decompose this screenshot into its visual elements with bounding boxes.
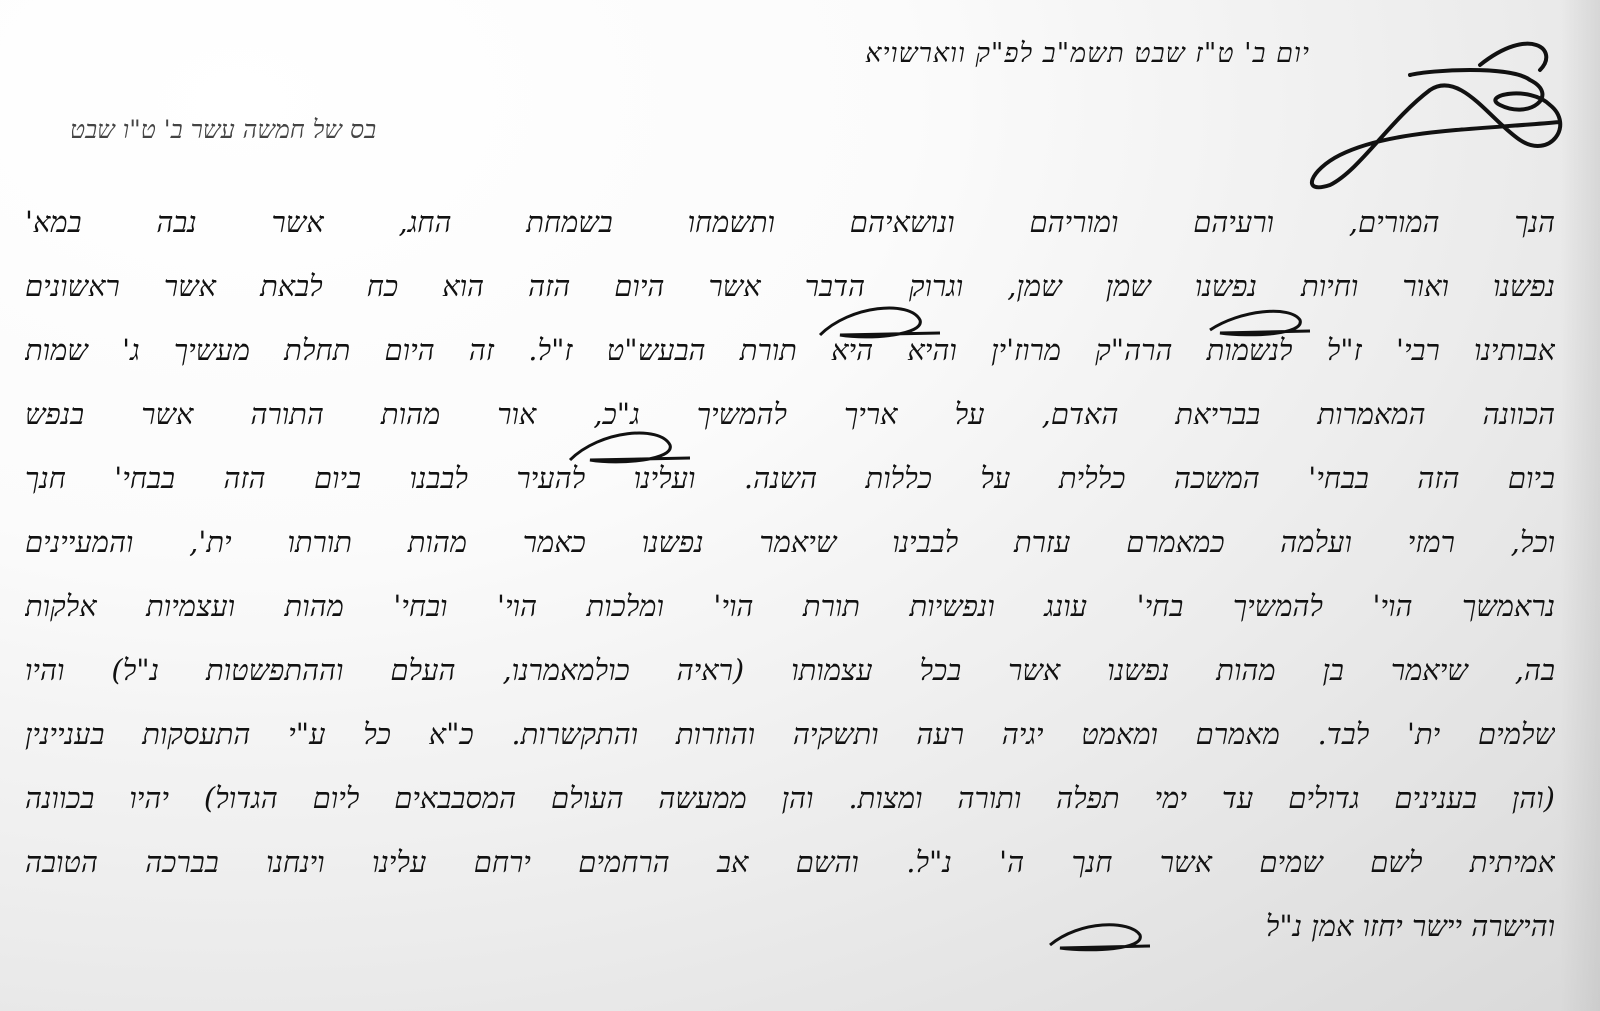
body-line-10: (והן בענינים גדולים עד ימי תפלה ותורה ומ… [25,766,1555,830]
handwritten-letter: יום ב' ט"ז שבט תשמ"ב לפ"ק ווארשויא בס של… [0,0,1600,1011]
body-line-8: בה, שיאמר בן מהות נפשנו אשר בכל עצמותו (… [25,638,1555,702]
body-line-6: וכל, רמזי ועלמה כמאמרם עזרת לבבינו שיאמר… [25,510,1555,574]
body-line-7: נראמשך הוי' להמשיך בחי' עונג ונפשיות תור… [25,574,1555,638]
body-line-12: והישרה יישר יחזו אמן נ"ל [25,894,1555,958]
body-line-11: אמיתית לשם שמים אשר חנך ה' נ"ל. והשם אב … [25,830,1555,894]
body-line-1: הנך המורים, ורעיהם ומוריהם ונושאיהם ותשמ… [25,190,1555,254]
body-line-2: נפשנו ואור וחיות נפשנו שמן שמן, וגרוק הד… [25,254,1555,318]
date-line: יום ב' ט"ז שבט תשמ"ב לפ"ק ווארשויא [865,38,1310,69]
body-line-4: הכוונה המאמרות בבריאת האדם, על אריך להמש… [25,382,1555,446]
body-line-3: אבותינו רבי' ז"ל לנשמות הרה"ק מרוז'ין וה… [25,318,1555,382]
letter-body: הנך המורים, ורעיהם ומוריהם ונושאיהם ותשמ… [25,190,1555,958]
body-line-5: ביום הזה בבחי' המשכה כללית על כללות השנה… [25,446,1555,510]
subheader-line: בס של חמשה עשר ב' ט"ו שבט [70,115,376,145]
body-line-9: שלמים ית' לבד. מאמרם ומאמט יגיה רעה ותשק… [25,702,1555,766]
